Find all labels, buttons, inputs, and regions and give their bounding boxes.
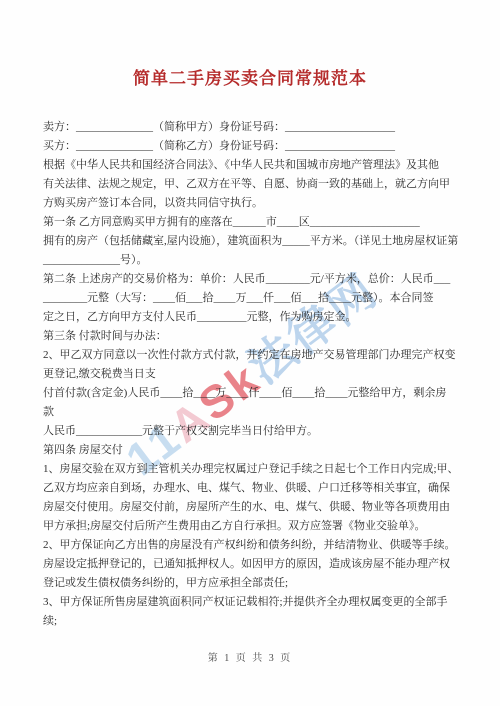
document-line: 第四条 房屋交付 xyxy=(43,441,463,460)
document-line: ________元整（大写：____佰___拾____万___仟___佰___拾… xyxy=(43,289,463,308)
document-line: 付首付款(含定金)人民币____拾____万____仟____佰____拾___… xyxy=(43,384,463,403)
document-line: 卖方：______________（简称甲方）身份证号码：___________… xyxy=(43,118,463,137)
document-line: 3、甲方保证所售房屋建筑面积同产权证记载相符;并提供齐全办理权属变更的全部手 xyxy=(43,593,463,612)
document-line: ______________号）。 xyxy=(43,251,463,270)
document-line: 买方：______________（简称乙方）身份证号码：___________… xyxy=(43,137,463,156)
document-line: 第三条 付款时间与办法： xyxy=(43,327,463,346)
document-line: 2、甲乙双方同意以一次性付款方式付款，并约定在房地产交易管理部门办理完产权变 xyxy=(43,346,463,365)
page-number: 第 1 页 共 3 页 xyxy=(0,649,500,664)
document-line: 乙双方均应亲自到场，办理水、电、煤气、物业、供暖、户口迁移等相关事宜，确保 xyxy=(43,479,463,498)
document-line: 根据《中华人民共和国经济合同法》、《中华人民共和国城市房地产管理法》及其他 xyxy=(43,156,463,175)
document-line: 房屋交付使用。房屋交付前，房屋所产生的水、电、煤气、供暖、物业等各项费用由 xyxy=(43,498,463,517)
document-line: 人民币____________元整于产权交割完毕当日付给甲方。 xyxy=(43,422,463,441)
document-line: 1、房屋交验在双方到主管机关办理完权属过户登记手续之日起七个工作日内完成;甲、 xyxy=(43,460,463,479)
contract-document-page: 11ASk法律网 简单二手房买卖合同常规范本 卖方：______________… xyxy=(0,0,500,706)
document-title: 简单二手房买卖合同常规范本 xyxy=(0,64,500,89)
document-line: 2、甲方保证向乙方出售的房屋没有产权纠纷和债务纠纷，并结清物业、供暖等手续。 xyxy=(43,536,463,555)
document-line: 款 xyxy=(43,403,463,422)
document-line: 续; xyxy=(43,612,463,631)
document-line: 甲方承担;房屋交付后所产生费用由乙方自行承担。双方应签署《物业交验单》。 xyxy=(43,517,463,536)
document-line: 更登记,缴交税费当日支 xyxy=(43,365,463,384)
document-line: 登记或发生债权债务纠纷的，甲方应承担全部责任; xyxy=(43,574,463,593)
document-line: 房屋设定抵押登记的，已通知抵押权人。如因甲方的原因，造成该房屋不能办理产权 xyxy=(43,555,463,574)
document-line: 有关法律、法规之规定，甲、乙双方在平等、自愿、协商一致的基础上，就乙方向甲 xyxy=(43,175,463,194)
document-line: 方购买房产签订本合同，以资共同信守执行。 xyxy=(43,194,463,213)
document-line: 拥有的房产（包括储藏室,屋内设施），建筑面积为_____平方米。（详见土地房屋权… xyxy=(43,232,463,251)
document-line: 第二条 上述房产的交易价格为：单价：人民币________元/平方米，总价：人民… xyxy=(43,270,463,289)
document-line: 定之日，乙方向甲方支付人民币_________元整，作为购房定金。 xyxy=(43,308,463,327)
document-line: 第一条 乙方同意购买甲方拥有的座落在______市____区__________… xyxy=(43,213,463,232)
document-body: 卖方：______________（简称甲方）身份证号码：___________… xyxy=(43,118,463,631)
